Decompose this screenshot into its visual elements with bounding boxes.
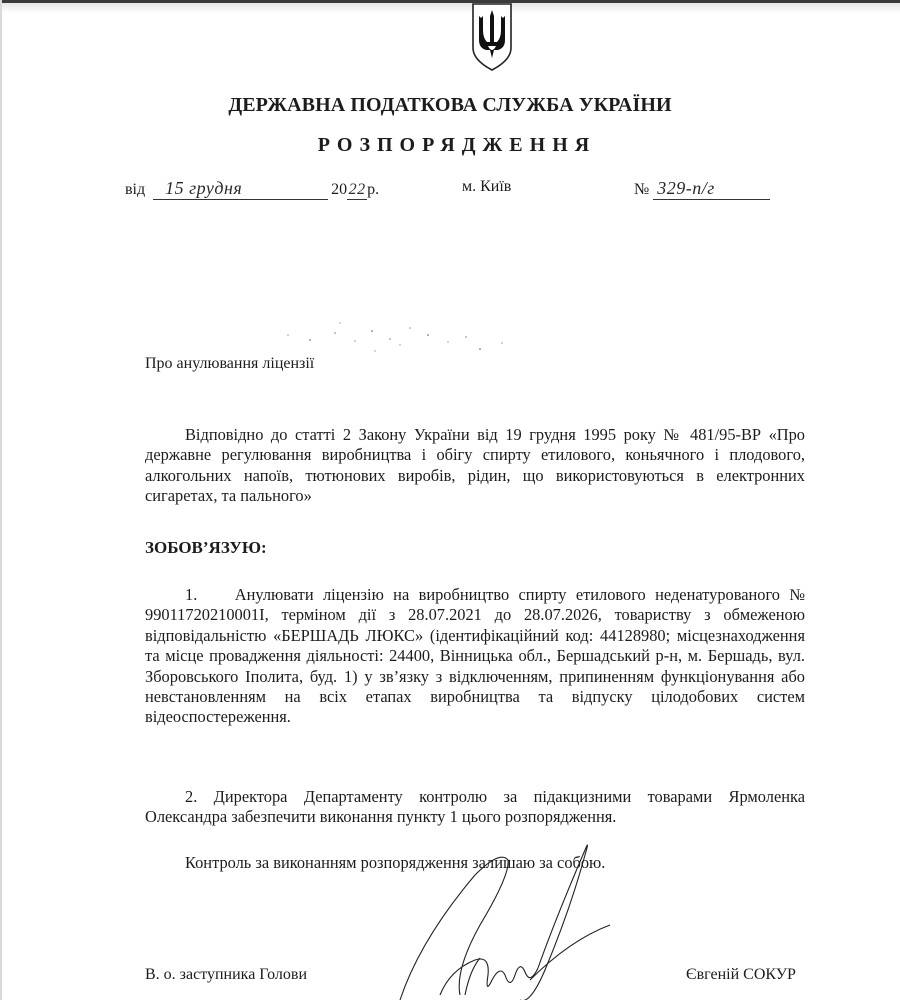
number-field: 329-п/г [653, 178, 770, 200]
intro-paragraph: Відповідно до статті 2 Закону України ві… [145, 425, 805, 507]
year-prefix: 20 [331, 181, 347, 198]
from-label: від [125, 181, 145, 198]
item-number: 1. [185, 585, 197, 604]
document-date: від 15 грудня 2022р. [125, 178, 379, 200]
item-text: Директора Департаменту контролю за підак… [145, 787, 805, 826]
document-type: РОЗПОРЯДЖЕННЯ [0, 134, 900, 157]
trident-coat-of-arms-icon [467, 2, 517, 72]
date-field: 15 грудня [153, 178, 328, 200]
item-number: 2. [185, 787, 197, 806]
year-suffix: р. [367, 181, 379, 198]
order-item-1: 1. Анулювати ліцензію на виробництво спи… [145, 585, 805, 728]
scan-noise [280, 315, 510, 355]
organization-name: ДЕРЖАВНА ПОДАТКОВА СЛУЖБА УКРАЇНИ [0, 94, 900, 117]
document-number: № 329-п/г [634, 178, 770, 200]
city: м. Київ [462, 178, 511, 196]
year-field: 22 [347, 181, 367, 200]
signatory-name: Євгеній СОКУР [686, 966, 796, 984]
oblige-heading: ЗОБОВ’ЯЗУЮ: [145, 538, 805, 558]
document-subject: Про анулювання ліцензії [145, 355, 314, 373]
document-page: ДЕРЖАВНА ПОДАТКОВА СЛУЖБА УКРАЇНИ РОЗПОР… [0, 0, 900, 1000]
signatory-title: В. о. заступника Голови [145, 966, 307, 984]
handwritten-signature [380, 830, 640, 1000]
order-item-2: 2. Директора Департаменту контролю за пі… [145, 787, 805, 828]
intro-text: Відповідно до статті 2 Закону України ві… [145, 425, 805, 505]
number-handwritten: 329-п/г [657, 178, 715, 198]
item-text: Анулювати ліцензію на виробництво спирту… [145, 585, 805, 726]
date-handwritten: 15 грудня [165, 178, 242, 198]
number-label: № [634, 181, 649, 198]
year-handwritten: 22 [349, 181, 366, 198]
